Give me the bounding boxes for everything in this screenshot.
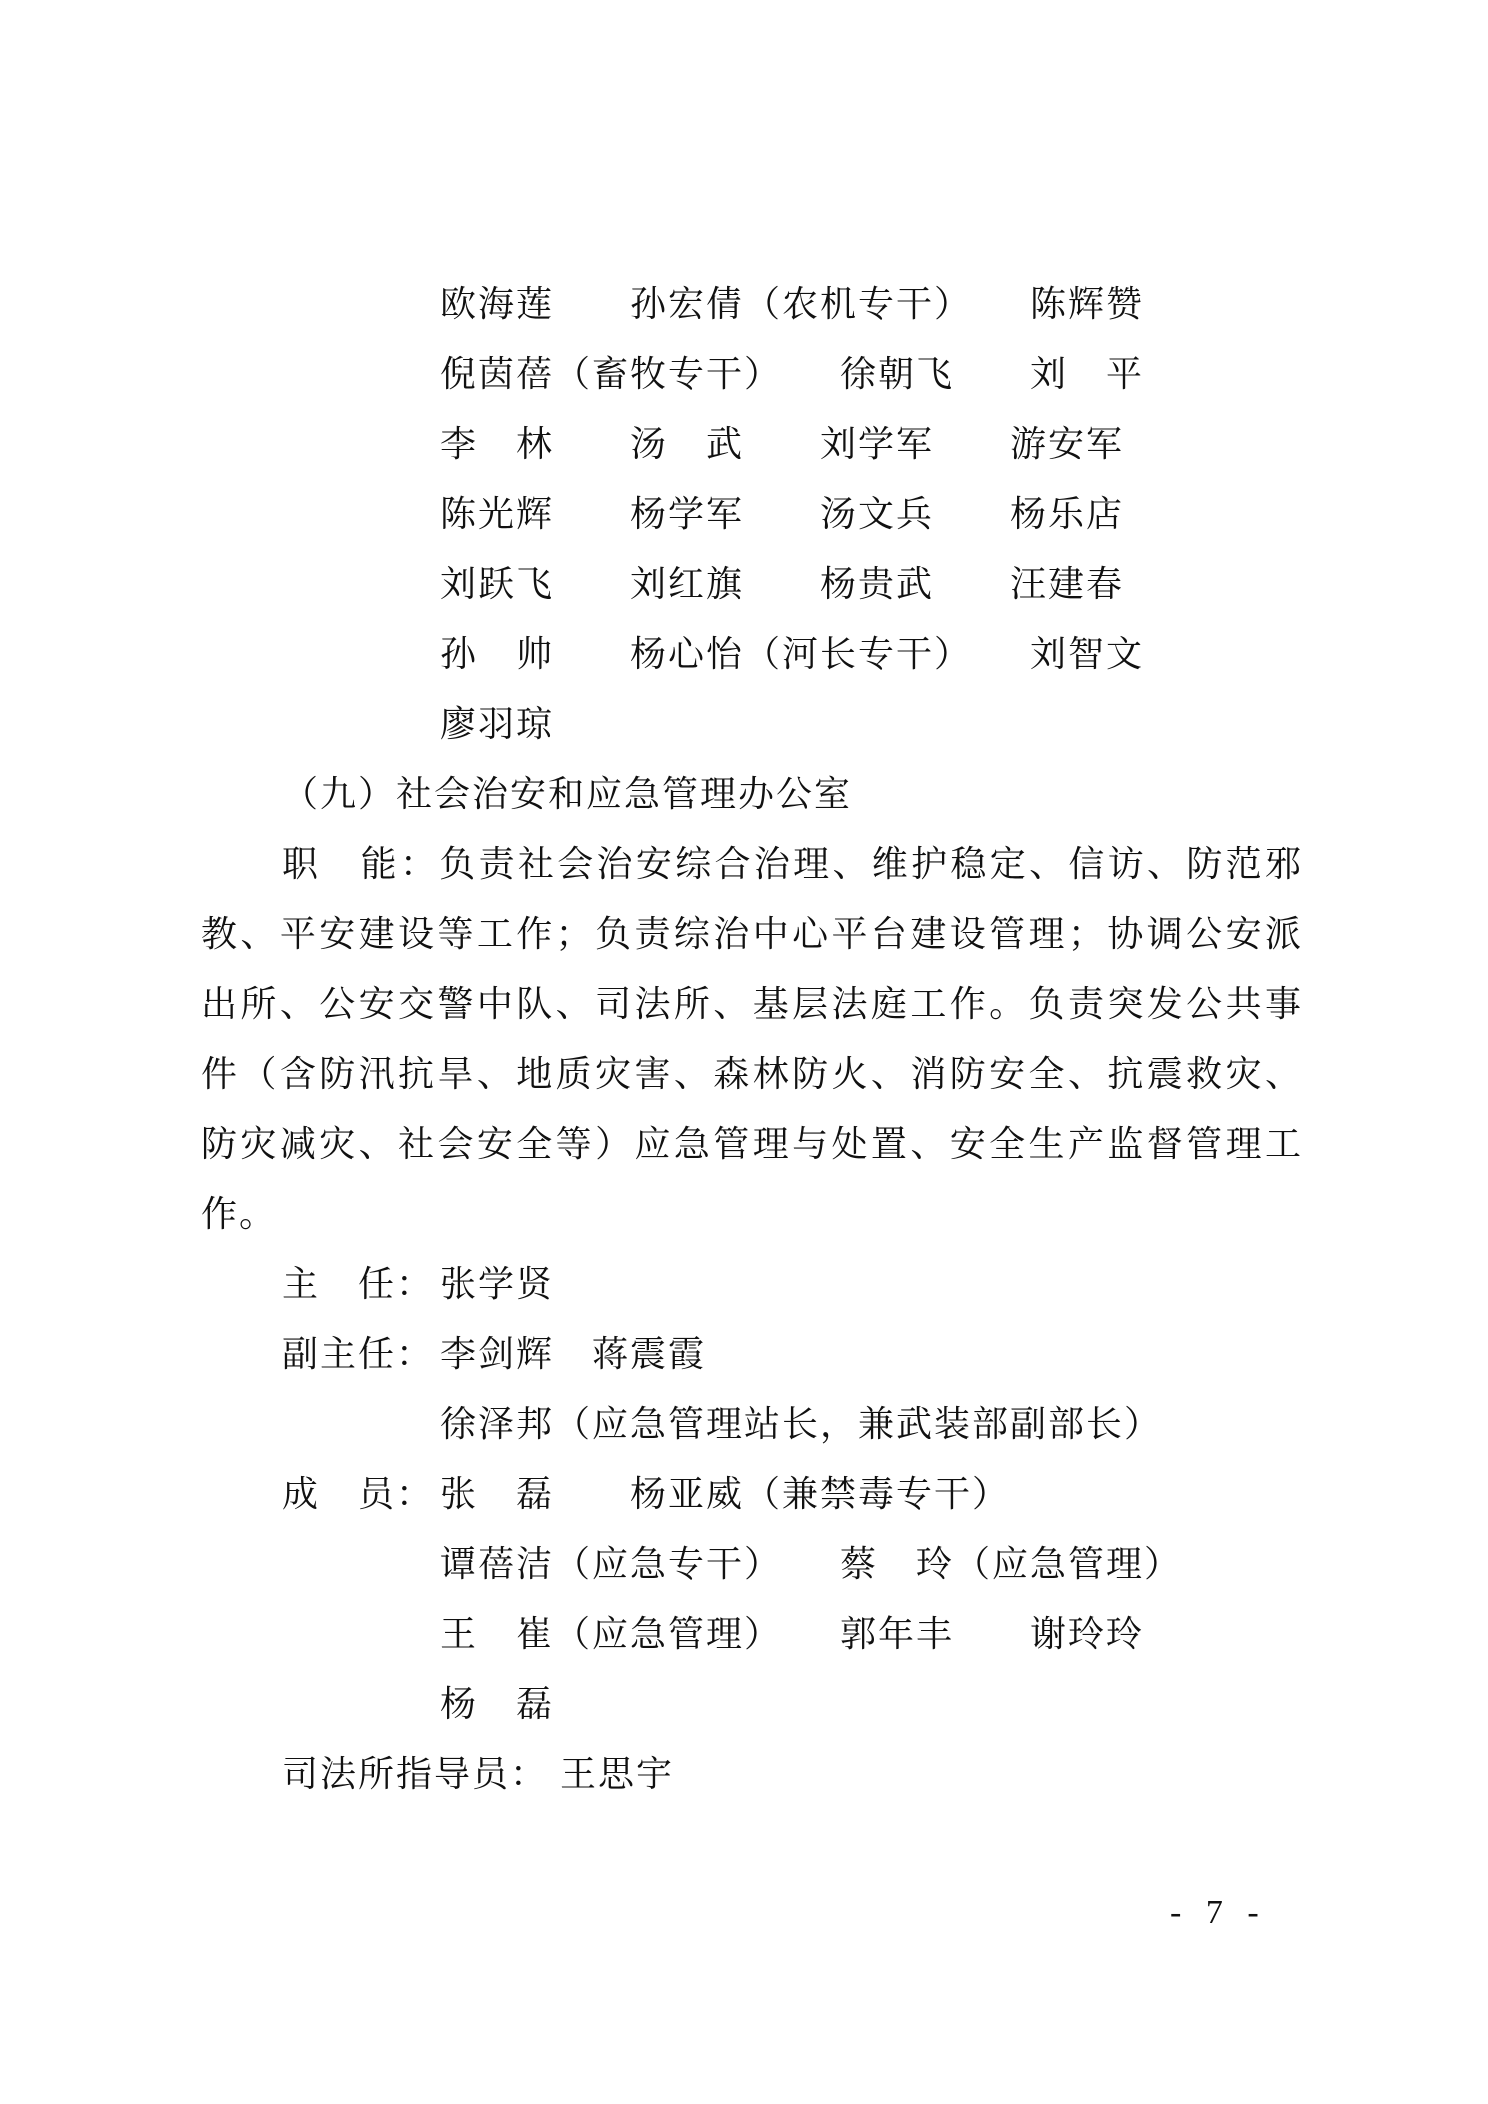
member-row: 张 磊 杨亚威（兼禁毒专干） <box>440 1473 1010 1517</box>
deputy-label: 副主任： <box>282 1333 434 1377</box>
member-row: 王 崔（应急管理） 郭年丰 谢玲玲 <box>440 1613 1144 1657</box>
members-label: 成 员： <box>282 1473 434 1517</box>
deputy-names: 李剑辉 蒋震霞 <box>440 1333 706 1377</box>
function-line: 出所、公安交警中队、司法所、基层法庭工作。负责突发公共事 <box>201 983 1302 1027</box>
member-row: 刘跃飞 刘红旗 杨贵武 汪建春 <box>440 563 1124 607</box>
member-row: 倪茵蓓（畜牧专干） 徐朝飞 刘 平 <box>440 353 1144 397</box>
member-row: 谭蓓洁（应急专干） 蔡 玲（应急管理） <box>440 1543 1182 1587</box>
function-line: 教、平安建设等工作；负责综治中心平台建设管理；协调公安派 <box>201 913 1302 957</box>
instructor-name: 王思宇 <box>560 1753 674 1797</box>
member-row: 孙 帅 杨心怡（河长专干） 刘智文 <box>440 633 1144 677</box>
member-row: 杨 磊 <box>440 1683 554 1727</box>
function-line: 作。 <box>201 1193 277 1237</box>
member-row: 欧海莲 孙宏倩（农机专干） 陈辉赞 <box>440 283 1144 327</box>
section-heading: （九）社会治安和应急管理办公室 <box>282 773 852 817</box>
function-line: 防灾减灾、社会安全等）应急管理与处置、安全生产监督管理工 <box>201 1123 1302 1167</box>
director-name: 张学贤 <box>440 1263 554 1307</box>
member-row: 李 林 汤 武 刘学军 游安军 <box>440 423 1124 467</box>
page-number: - 7 - <box>1170 1894 1267 1932</box>
deputy-names: 徐泽邦（应急管理站长，兼武装部副部长） <box>440 1403 1162 1447</box>
instructor-label: 司法所指导员： <box>282 1753 548 1797</box>
function-line: 件（含防汛抗旱、地质灾害、森林防火、消防安全、抗震救灾、 <box>201 1053 1302 1097</box>
director-label: 主 任： <box>282 1263 434 1307</box>
member-row: 廖羽琼 <box>440 703 554 747</box>
member-row: 陈光辉 杨学军 汤文兵 杨乐店 <box>440 493 1124 537</box>
function-line: 职 能：负责社会治安综合治理、维护稳定、信访、防范邪 <box>282 843 1302 887</box>
